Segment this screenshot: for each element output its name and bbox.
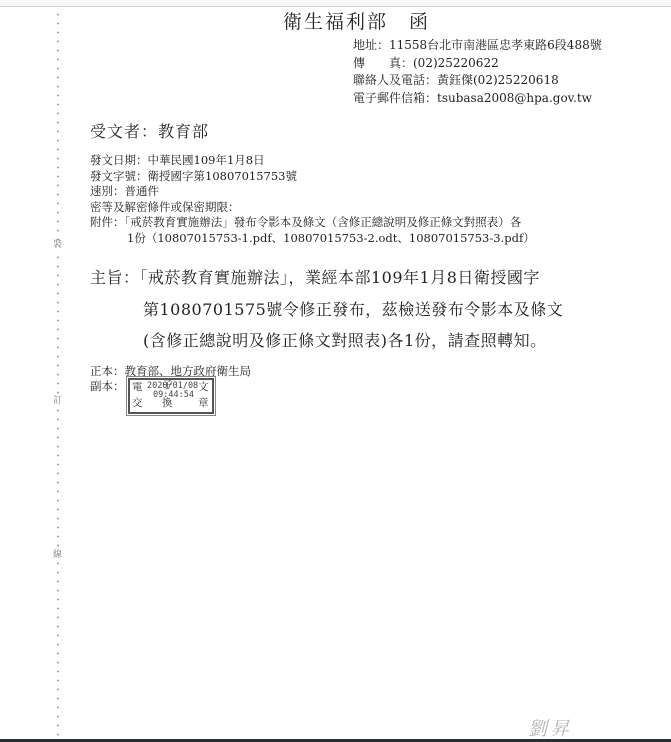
subject-line-1: 主旨：「戒菸教育實施辦法」，業經本部109年1月8日衛授國字 bbox=[90, 262, 563, 294]
doc-number: 發文字號：衛授國字第10807015753號 bbox=[90, 169, 535, 185]
contact-person: 聯絡人及電話：黃鈺傑(02)25220618 bbox=[353, 72, 602, 90]
stamp-char: 交 bbox=[132, 398, 143, 409]
stamp-char: 章 bbox=[198, 398, 209, 409]
speed: 速別：普通件 bbox=[90, 184, 535, 200]
address: 地址：11558台北市南港區忠孝東路6段488號 bbox=[353, 37, 602, 55]
attachment-line-2: 1份（10807015753-1.pdf、10807015753-2.odt、1… bbox=[90, 231, 535, 247]
contact-block: 地址：11558台北市南港區忠孝東路6段488號 傳 真：(02)2522062… bbox=[353, 37, 602, 107]
fax: 傳 真：(02)25220622 bbox=[353, 55, 602, 73]
binding-mark-xian: 線 bbox=[53, 550, 62, 560]
subject-line-3: (含修正總說明及修正條文對照表)各1份，請查照轉知。 bbox=[90, 325, 563, 357]
binding-mark-ding: 訂 bbox=[53, 396, 62, 406]
stamp-char: 文 bbox=[198, 382, 209, 393]
meta-block: 發文日期：中華民國109年1月8日 發文字號：衛授國字第10807015753號… bbox=[90, 153, 535, 246]
subject-line-2: 第1080701575號令修正發布，茲檢送發布令影本及條文 bbox=[90, 294, 563, 326]
handwritten-note: 劉昇 bbox=[528, 714, 572, 741]
stamp-time: 09:44:54 bbox=[147, 390, 194, 400]
confidentiality: 密等及解密條件或保密期限： bbox=[90, 200, 535, 216]
document-title: 衛生福利部 函 bbox=[283, 7, 430, 34]
stamp-char: 電 bbox=[132, 382, 143, 393]
issue-date: 發文日期：中華民國109年1月8日 bbox=[90, 153, 535, 169]
email: 電子郵件信箱：tsubasa2008@hpa.gov.tw bbox=[353, 90, 602, 108]
electronic-exchange-stamp: 電 子 文 交 換 章 2020/01/08 09:44:54 bbox=[128, 378, 214, 414]
attachment-line-1: 附件：「戒菸教育實施辦法」發布令影本及條文（含修正總說明及修正條文對照表）各 bbox=[90, 215, 535, 231]
viewer-top-edge bbox=[0, 0, 671, 7]
original-recipients: 正本：教育部、地方政府衛生局 bbox=[90, 364, 251, 379]
binding-dotted-line bbox=[57, 10, 59, 738]
subject-block: 主旨：「戒菸教育實施辦法」，業經本部109年1月8日衛授國字 第10807015… bbox=[90, 262, 563, 357]
binding-mark-zhuang: 裝 bbox=[53, 240, 62, 250]
stamp-datetime: 2020/01/08 09:44:54 bbox=[147, 382, 198, 400]
recipient: 受文者：教育部 bbox=[90, 119, 209, 142]
